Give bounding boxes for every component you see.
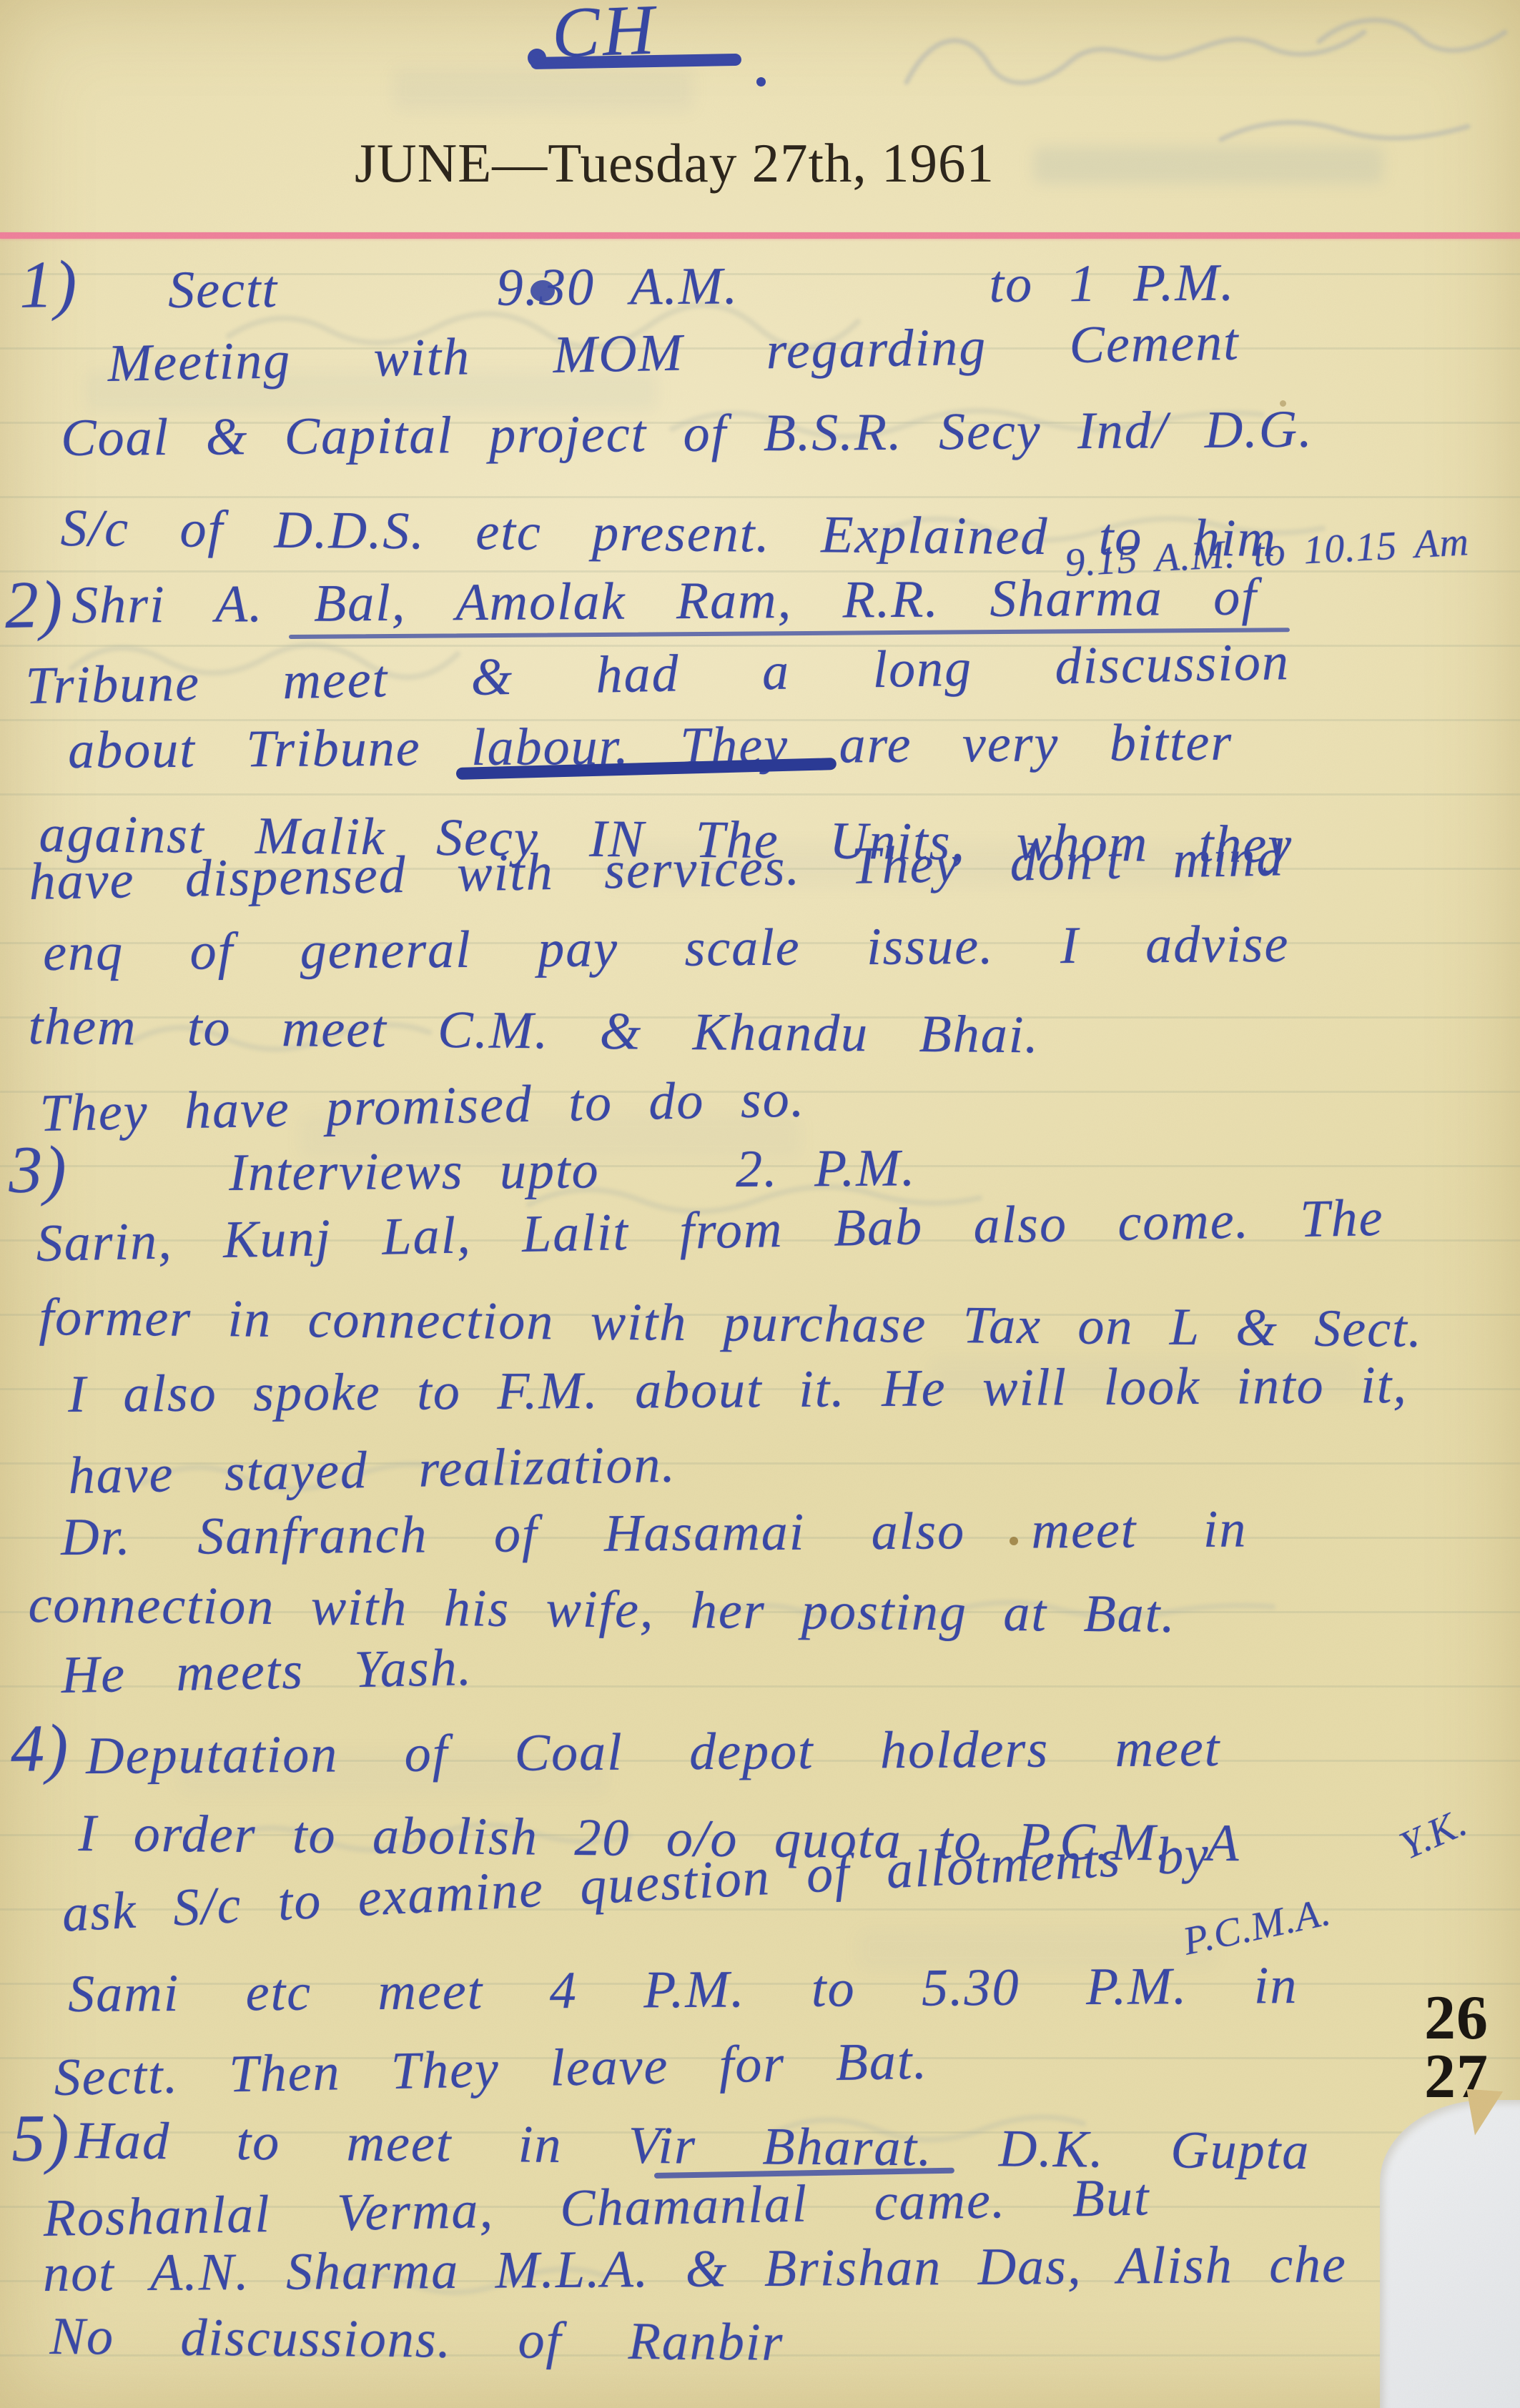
diary-line-27: Roshanlal Verma, Chamanlal came. But (43, 2171, 1150, 2245)
diary-line-28: not A.N. Sharma M.L.A. & Brishan Das, Al… (43, 2238, 1347, 2300)
paper-speck (1280, 400, 1286, 407)
diary-line-17: have stayed realization. (68, 1438, 676, 1502)
diary-line-21: Deputation of Coal depot holders meet (86, 1722, 1221, 1783)
printed-date-header: JUNE—Tuesday 27th, 1961 (355, 132, 995, 195)
ch-ink-blob (528, 49, 546, 67)
diary-line-14: Sarin, Kunj Lal, Lalit from Bab also com… (36, 1191, 1384, 1270)
diary-line-12: They have promised to do so. (39, 1072, 806, 1140)
diary-line-24: Sami etc meet 4 P.M. to 5.30 P.M. in (68, 1959, 1298, 2021)
ch-period-dot (756, 77, 766, 86)
diary-line-25: Sectt. Then They leave for Bat. (54, 2035, 929, 2104)
diary-line-13-part-a: Interviews upto (229, 1141, 600, 1202)
diary-line-06: Tribune meet & had a long discussion (25, 635, 1290, 713)
diary-line-05: Shri A. Bal, Amolak Ram, R.R. Sharma of (71, 570, 1258, 632)
ink-blot (530, 280, 555, 302)
entry-number-3: 3) (9, 1136, 68, 1204)
diary-line-01: Sectt 9.30 A.M. to 1 P.M. (168, 257, 1235, 317)
margin-note-yk: Y.K. (1394, 1802, 1473, 1866)
margin-note-pcma: P.C.M.A. (1180, 1892, 1334, 1962)
diary-line-15: former in connection with purchase Tax o… (39, 1291, 1423, 1356)
diary-line-03: Coal & Capital project of B.S.R. Secy In… (61, 403, 1313, 465)
diary-line-10: enq of general pay scale issue. I advise (43, 918, 1290, 979)
diary-line-20: He meets Yash. (61, 1641, 473, 1702)
diary-line-13-part-b: 2. P.M. (736, 1139, 917, 1199)
diary-line-16: I also spoke to F.M. about it. He will l… (68, 1359, 1408, 1421)
page-number-block: 26 27 (1424, 1989, 1489, 2106)
diary-line-11: them to meet C.M. & Khandu Bhai. (28, 1000, 1040, 1061)
pink-rule-line (0, 232, 1520, 239)
diary-line-18: Dr. Sanfranch of Hasamai also meet in (61, 1502, 1248, 1564)
diary-line-01-part-c: to 1 P.M. (989, 254, 1235, 314)
diary-line-02: Meeting with MOM regarding Cement (107, 316, 1240, 390)
entry-number-4: 4) (10, 1714, 70, 1783)
diary-page-scan: CH JUNE—Tuesday 27th, 1961 1) Sectt 9.30… (0, 0, 1520, 2408)
torn-corner-backing (1380, 2100, 1520, 2408)
entry-number-5: 5) (11, 2104, 71, 2172)
diary-line-13: Interviews upto 2. P.M. (229, 1141, 917, 1199)
entry-number-1: 1) (19, 250, 79, 319)
page-number-26: 26 (1424, 1989, 1489, 2048)
diary-line-29: No discussions. of Ranbir (49, 2310, 784, 2369)
diary-line-01-part-a: Sectt (168, 260, 278, 319)
entry-number-2: 2) (4, 570, 64, 639)
paper-speck (1010, 1537, 1018, 1545)
diary-line-19: connection with his wife, her posting at… (28, 1578, 1176, 1641)
